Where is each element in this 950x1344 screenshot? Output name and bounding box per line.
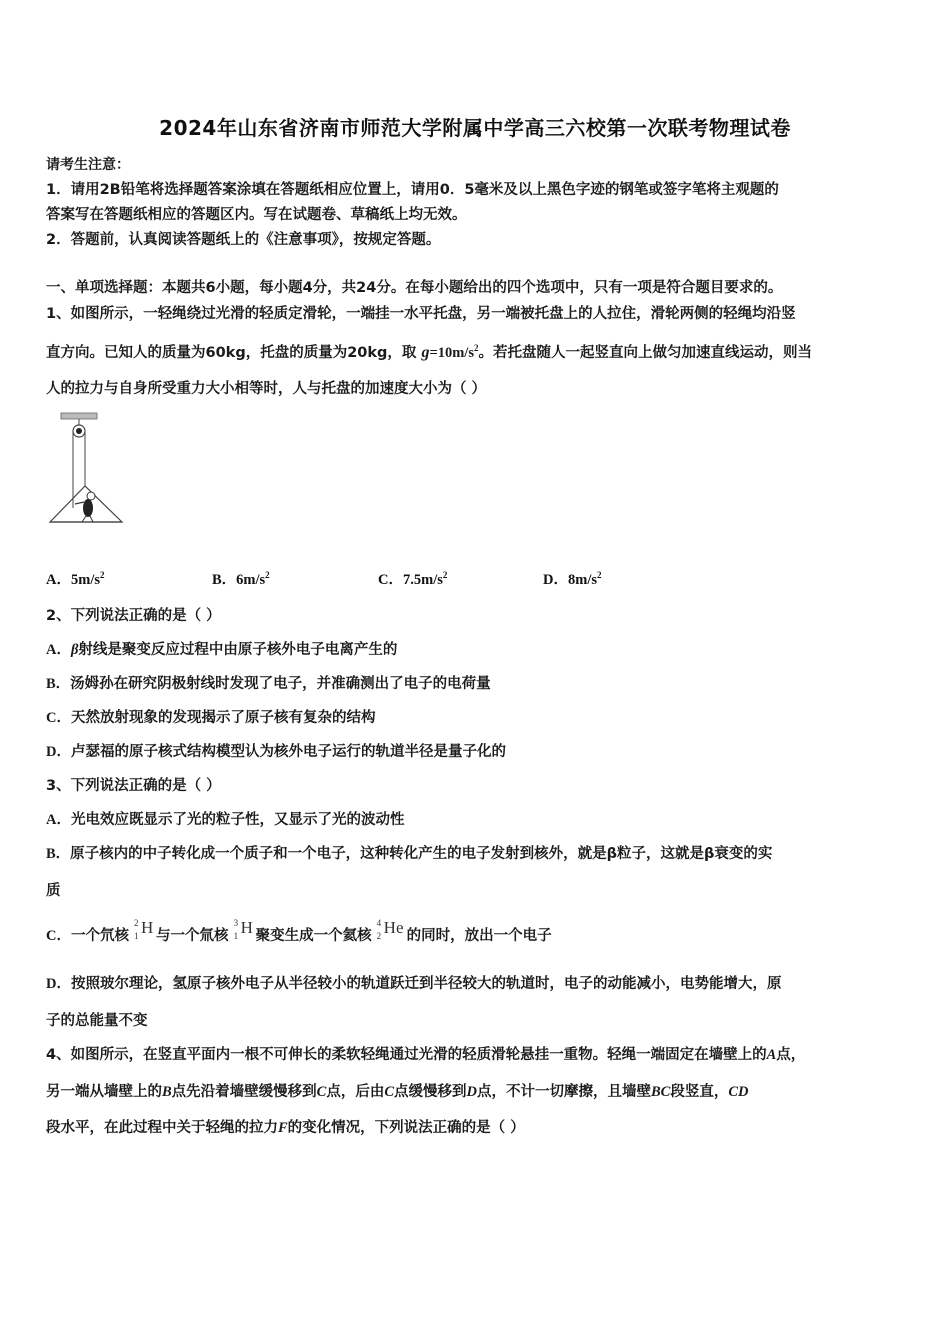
q4-line-3: 段水平，在此过程中关于轻绳的拉力F的变化情况，下列说法正确的是（ ）: [46, 1116, 525, 1137]
q2-option-c[interactable]: C．天然放射现象的发现揭示了原子核有复杂的结构: [46, 706, 375, 727]
q3-option-b[interactable]: B．原子核内的中子转化成一个质子和一个电子，这种转化产生的电子发射到核外，就是β…: [46, 842, 772, 863]
notice-heading: 请考生注意：: [46, 154, 130, 174]
q2-stem: 2、下列说法正确的是（ ）: [46, 604, 221, 625]
helium-nuclide: 42He: [377, 924, 407, 944]
q2-option-a[interactable]: A．β射线是聚变反应过程中由原子核外电子电离产生的: [46, 638, 397, 659]
q3-option-c[interactable]: C．一个氘核 21H与一个氚核 31H聚变生成一个氦核 42He的同时，放出一个…: [46, 924, 552, 945]
q3-stem: 3、下列说法正确的是（ ）: [46, 774, 221, 795]
q1-options: A．5m/s2 B．6m/s2 C．7.5m/s2 D．8m/s2: [46, 568, 746, 590]
deuterium-nuclide: 21H: [134, 924, 156, 944]
q1-line-2a: 直方向。已知人的质量为60kg，托盘的质量为20kg，取: [46, 345, 416, 361]
section-heading: 一、单项选择题：本题共6小题，每小题4分，共24分。在每小题给出的四个选项中，只…: [46, 276, 782, 297]
q1-line-1: 1、如图所示，一轻绳绕过光滑的轻质定滑轮，一端挂一水平托盘，另一端被托盘上的人拉…: [46, 302, 796, 323]
q3-option-d-cont: 子的总能量不变: [46, 1009, 148, 1030]
q3-option-a[interactable]: A．光电效应既显示了光的粒子性，又显示了光的波动性: [46, 808, 404, 829]
tritium-nuclide: 31H: [234, 924, 256, 944]
q1-option-a[interactable]: A．5m/s2: [46, 568, 104, 589]
q1-g-value: =10m/s: [429, 345, 474, 361]
exam-page: 2024年山东省济南市师范大学附属中学高三六校第一次联考物理试卷 请考生注意： …: [0, 0, 950, 1344]
q1-option-d[interactable]: D．8m/s2: [543, 568, 601, 589]
notice-line-1: 1．请用2B铅笔将选择题答案涂填在答题纸相应位置上，请用0．5毫米及以上黑色字迹…: [46, 178, 779, 199]
q1-option-c[interactable]: C．7.5m/s2: [378, 568, 447, 589]
q1-line-2: 直方向。已知人的质量为60kg，托盘的质量为20kg，取 g=10m/s2。若托…: [46, 341, 812, 362]
q1-line-3: 人的拉力与自身所受重力大小相等时，人与托盘的加速度大小为（ ）: [46, 377, 486, 398]
q3-option-b-cont: 质: [46, 879, 61, 900]
notice-line-3: 2．答题前，认真阅读答题纸上的《注意事项》，按规定答题。: [46, 228, 440, 249]
notice-line-2: 答案写在答题纸相应的答题区内。写在试题卷、草稿纸上均无效。: [46, 203, 467, 224]
q2-option-d[interactable]: D．卢瑟福的原子核式结构模型认为核外电子运行的轨道半径是量子化的: [46, 740, 506, 761]
q4-line-1: 4、如图所示，在竖直平面内一根不可伸长的柔软轻绳通过光滑的轻质滑轮悬挂一重物。轻…: [46, 1043, 805, 1064]
q1-line-2b: 。若托盘随人一起竖直向上做匀加速直线运动，则当: [478, 345, 812, 361]
document-title: 2024年山东省济南市师范大学附属中学高三六校第一次联考物理试卷: [0, 112, 950, 141]
q1-option-b[interactable]: B．6m/s2: [212, 568, 270, 589]
q3-option-d[interactable]: D．按照玻尔理论，氢原子核外电子从半径较小的轨道跃迁到半径较大的轨道时，电子的动…: [46, 972, 781, 993]
pulley-diagram-figure: [44, 410, 136, 530]
q2-option-b[interactable]: B．汤姆孙在研究阴极射线时发现了电子，并准确测出了电子的电荷量: [46, 672, 491, 693]
q4-line-2: 另一端从墙壁上的B点先沿着墙壁缓慢移到C点，后由C点缓慢移到D点，不计一切摩擦，…: [46, 1080, 749, 1101]
